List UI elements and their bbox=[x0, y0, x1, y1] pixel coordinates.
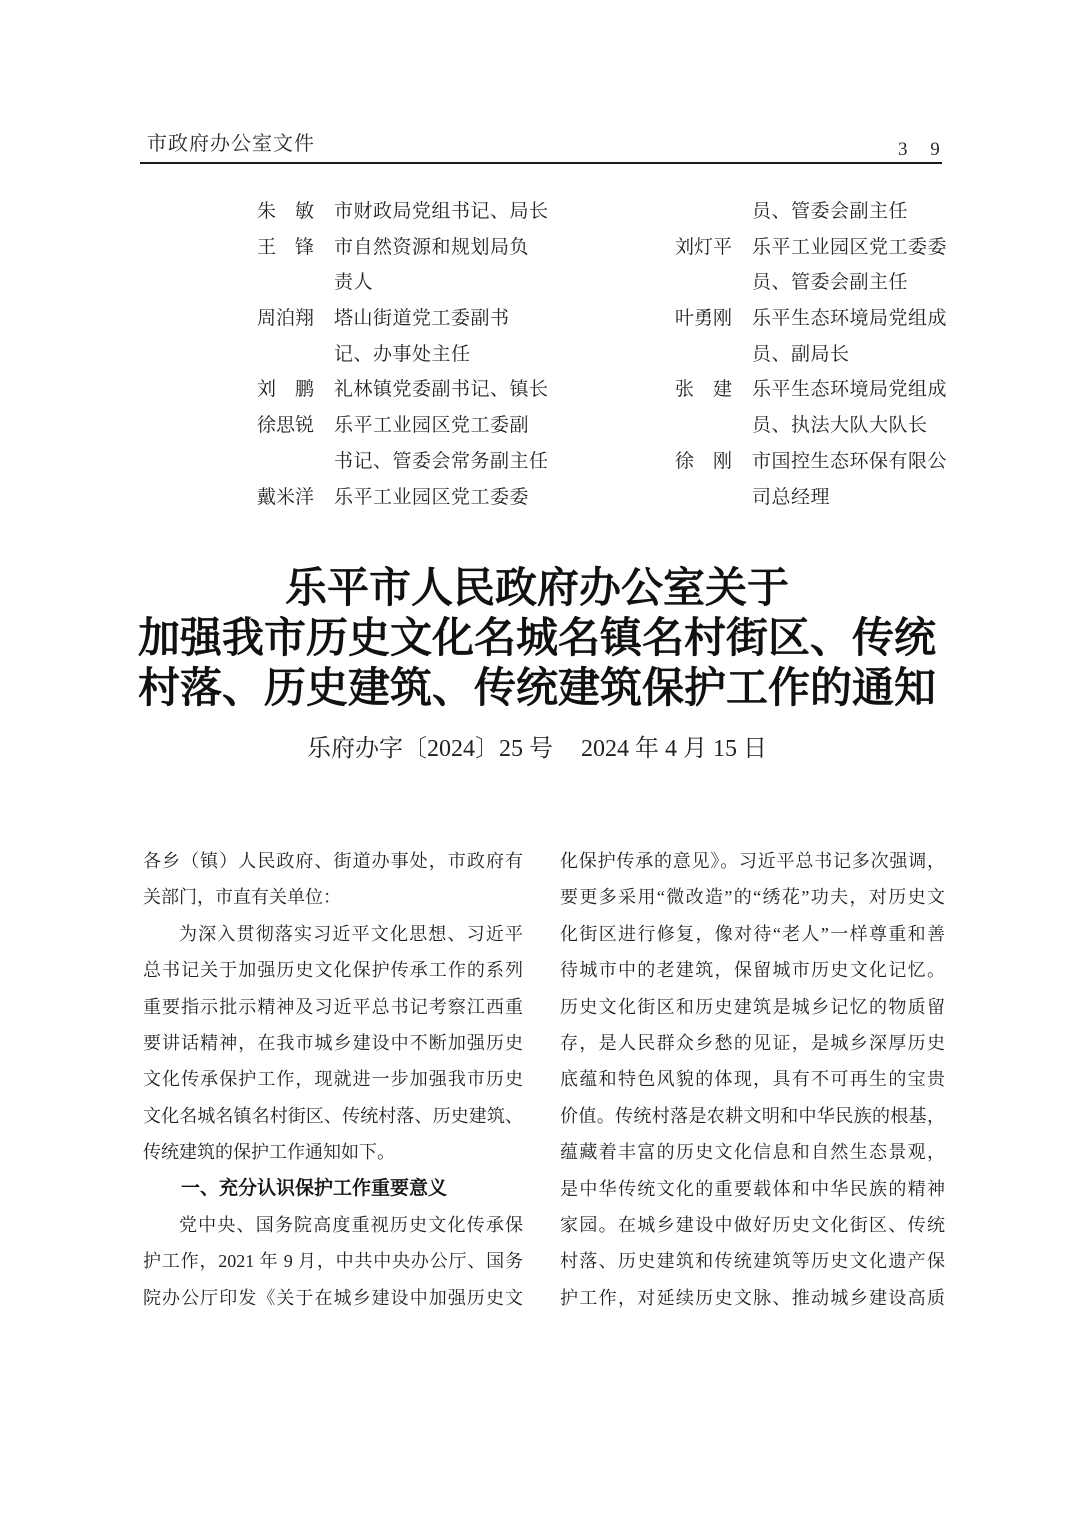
roster-person-title-line: 员、执法大队大队长 bbox=[752, 408, 928, 444]
roster-row: 叶勇刚乐平生态环境局党组成 bbox=[675, 301, 947, 337]
document-number: 乐府办字〔2024〕25 号 bbox=[307, 736, 553, 762]
document-date: 2024 年 4 月 15 日 bbox=[581, 736, 767, 762]
body-text-line: 关部门，市直有关单位： bbox=[143, 879, 523, 915]
roster-row: 刘灯平乐平工业园区党工委委 bbox=[675, 230, 947, 266]
roster-person-title-line: 乐平生态环境局党组成 bbox=[752, 301, 947, 337]
roster-row: 司总经理 bbox=[675, 480, 947, 516]
roster-person-name: 戴米洋 bbox=[257, 480, 334, 516]
body-text-line: 村落、历史建筑和传统建筑等历史文化遗产保 bbox=[560, 1243, 945, 1279]
roster-person-title-line: 记、办事处主任 bbox=[334, 337, 471, 373]
body-text-line: 各乡（镇）人民政府、街道办事处，市政府有 bbox=[143, 843, 523, 879]
roster-row: 徐思锐乐平工业园区党工委副 bbox=[257, 408, 549, 444]
roster-row: 书记、管委会常务副主任 bbox=[257, 444, 549, 480]
body-text-line: 总书记关于加强历史文化保护传承工作的系列 bbox=[143, 952, 523, 988]
body-text-line: 院办公厅印发《关于在城乡建设中加强历史文 bbox=[143, 1280, 523, 1316]
roster-row: 记、办事处主任 bbox=[257, 337, 549, 373]
body-text-line: 传统建筑的保护工作通知如下。 bbox=[143, 1134, 523, 1170]
roster-person-name: 王 锋 bbox=[257, 230, 334, 266]
body-text-line: 历史文化街区和历史建筑是城乡记忆的物质留 bbox=[560, 989, 945, 1025]
section-heading: 一、充分认识保护工作重要意义 bbox=[143, 1171, 523, 1207]
body-text-line: 价值。传统村落是农耕文明和中华民族的根基， bbox=[560, 1098, 945, 1134]
document-title-line: 加强我市历史文化名城名镇名村街区、传统 bbox=[0, 614, 1074, 664]
roster-person-title-line: 市国控生态环保有限公 bbox=[752, 444, 947, 480]
body-text-line: 化保护传承的意见》。习近平总书记多次强调， bbox=[560, 843, 945, 879]
roster-person-name: 周泊翔 bbox=[257, 301, 334, 337]
roster-row: 周泊翔塔山街道党工委副书 bbox=[257, 301, 549, 337]
roster-column-right: 员、管委会副主任刘灯平乐平工业园区党工委委员、管委会副主任叶勇刚乐平生态环境局党… bbox=[675, 194, 947, 515]
roster-person-title-line: 礼林镇党委副书记、镇长 bbox=[334, 372, 549, 408]
roster-person-title-line: 员、管委会副主任 bbox=[752, 194, 908, 230]
roster-row: 责人 bbox=[257, 265, 549, 301]
document-title-line: 村落、历史建筑、传统建筑保护工作的通知 bbox=[0, 664, 1074, 714]
roster-person-title-line: 责人 bbox=[334, 265, 373, 301]
body-text-line: 要讲话精神，在我市城乡建设中不断加强历史 bbox=[143, 1025, 523, 1061]
roster-person-name: 徐思锐 bbox=[257, 408, 334, 444]
body-text-line: 文化传承保护工作，现就进一步加强我市历史 bbox=[143, 1061, 523, 1097]
document-number-date-line: 乐府办字〔2024〕25 号2024 年 4 月 15 日 bbox=[0, 731, 1074, 767]
roster-person-title-line: 乐平工业园区党工委副 bbox=[334, 408, 529, 444]
body-text-line: 底蕴和特色风貌的体现，具有不可再生的宝贵 bbox=[560, 1061, 945, 1097]
body-text-line: 家园。在城乡建设中做好历史文化街区、传统 bbox=[560, 1207, 945, 1243]
roster-person-title-line: 乐平工业园区党工委委 bbox=[752, 230, 947, 266]
document-title-line: 乐平市人民政府办公室关于 bbox=[0, 564, 1074, 614]
body-text-line: 文化名城名镇名村街区、传统村落、历史建筑、 bbox=[143, 1098, 523, 1134]
roster-person-title-line: 员、副局长 bbox=[752, 337, 850, 373]
roster-row: 王 锋市自然资源和规划局负 bbox=[257, 230, 549, 266]
roster-row: 戴米洋乐平工业园区党工委委 bbox=[257, 480, 549, 516]
header-section-label: 市政府办公室文件 bbox=[147, 131, 315, 157]
body-text-line: 为深入贯彻落实习近平文化思想、习近平 bbox=[143, 916, 523, 952]
roster-person-title-line: 乐平生态环境局党组成 bbox=[752, 372, 947, 408]
roster-person-title-line: 司总经理 bbox=[752, 480, 830, 516]
roster-person-name: 朱 敏 bbox=[257, 194, 334, 230]
roster-row: 员、执法大队大队长 bbox=[675, 408, 947, 444]
body-text-line: 蕴藏着丰富的历史文化信息和自然生态景观， bbox=[560, 1134, 945, 1170]
body-text-line: 护工作，2021 年 9 月，中共中央办公厅、国务 bbox=[143, 1243, 523, 1279]
roster-person-name: 刘 鹏 bbox=[257, 372, 334, 408]
body-text-line: 护工作，对延续历史文脉、推动城乡建设高质 bbox=[560, 1280, 945, 1316]
roster-person-name: 徐 刚 bbox=[675, 444, 752, 480]
document-page: 市政府办公室文件 3 9 朱 敏市财政局党组书记、局长王 锋市自然资源和规划局负… bbox=[0, 0, 1074, 1520]
roster-person-title-line: 塔山街道党工委副书 bbox=[334, 301, 510, 337]
body-text-line: 重要指示批示精神及习近平总书记考察江西重 bbox=[143, 989, 523, 1025]
body-text-line: 待城市中的老建筑，保留城市历史文化记忆。 bbox=[560, 952, 945, 988]
body-text-line: 是中华传统文化的重要载体和中华民族的精神 bbox=[560, 1171, 945, 1207]
body-text-line: 党中央、国务院高度重视历史文化传承保 bbox=[143, 1207, 523, 1243]
roster-person-name: 叶勇刚 bbox=[675, 301, 752, 337]
body-column-right: 化保护传承的意见》。习近平总书记多次强调，要更多采用“微改造”的“绣花”功夫，对… bbox=[560, 843, 945, 1316]
roster-row: 员、副局长 bbox=[675, 337, 947, 373]
roster-person-title-line: 书记、管委会常务副主任 bbox=[334, 444, 549, 480]
body-text-line: 存，是人民群众乡愁的见证，是城乡深厚历史 bbox=[560, 1025, 945, 1061]
roster-person-title-line: 市自然资源和规划局负 bbox=[334, 230, 529, 266]
header-rule-divider bbox=[140, 162, 942, 164]
roster-row: 员、管委会副主任 bbox=[675, 194, 947, 230]
roster-row: 张 建乐平生态环境局党组成 bbox=[675, 372, 947, 408]
body-text-line: 化街区进行修复，像对待“老人”一样尊重和善 bbox=[560, 916, 945, 952]
body-text-line: 要更多采用“微改造”的“绣花”功夫，对历史文 bbox=[560, 879, 945, 915]
roster-row: 员、管委会副主任 bbox=[675, 265, 947, 301]
roster-column-left: 朱 敏市财政局党组书记、局长王 锋市自然资源和规划局负责人周泊翔塔山街道党工委副… bbox=[257, 194, 549, 515]
roster-person-title-line: 乐平工业园区党工委委 bbox=[334, 480, 529, 516]
roster-row: 刘 鹏礼林镇党委副书记、镇长 bbox=[257, 372, 549, 408]
body-column-left: 各乡（镇）人民政府、街道办事处，市政府有关部门，市直有关单位：为深入贯彻落实习近… bbox=[143, 843, 523, 1316]
roster-person-name: 张 建 bbox=[675, 372, 752, 408]
roster-person-title-line: 市财政局党组书记、局长 bbox=[334, 194, 549, 230]
roster-person-title-line: 员、管委会副主任 bbox=[752, 265, 908, 301]
document-title: 乐平市人民政府办公室关于 加强我市历史文化名城名镇名村街区、传统 村落、历史建筑… bbox=[0, 564, 1074, 714]
roster-row: 朱 敏市财政局党组书记、局长 bbox=[257, 194, 549, 230]
header-page-number: 3 9 bbox=[898, 139, 949, 161]
roster-person-name: 刘灯平 bbox=[675, 230, 752, 266]
roster-row: 徐 刚市国控生态环保有限公 bbox=[675, 444, 947, 480]
